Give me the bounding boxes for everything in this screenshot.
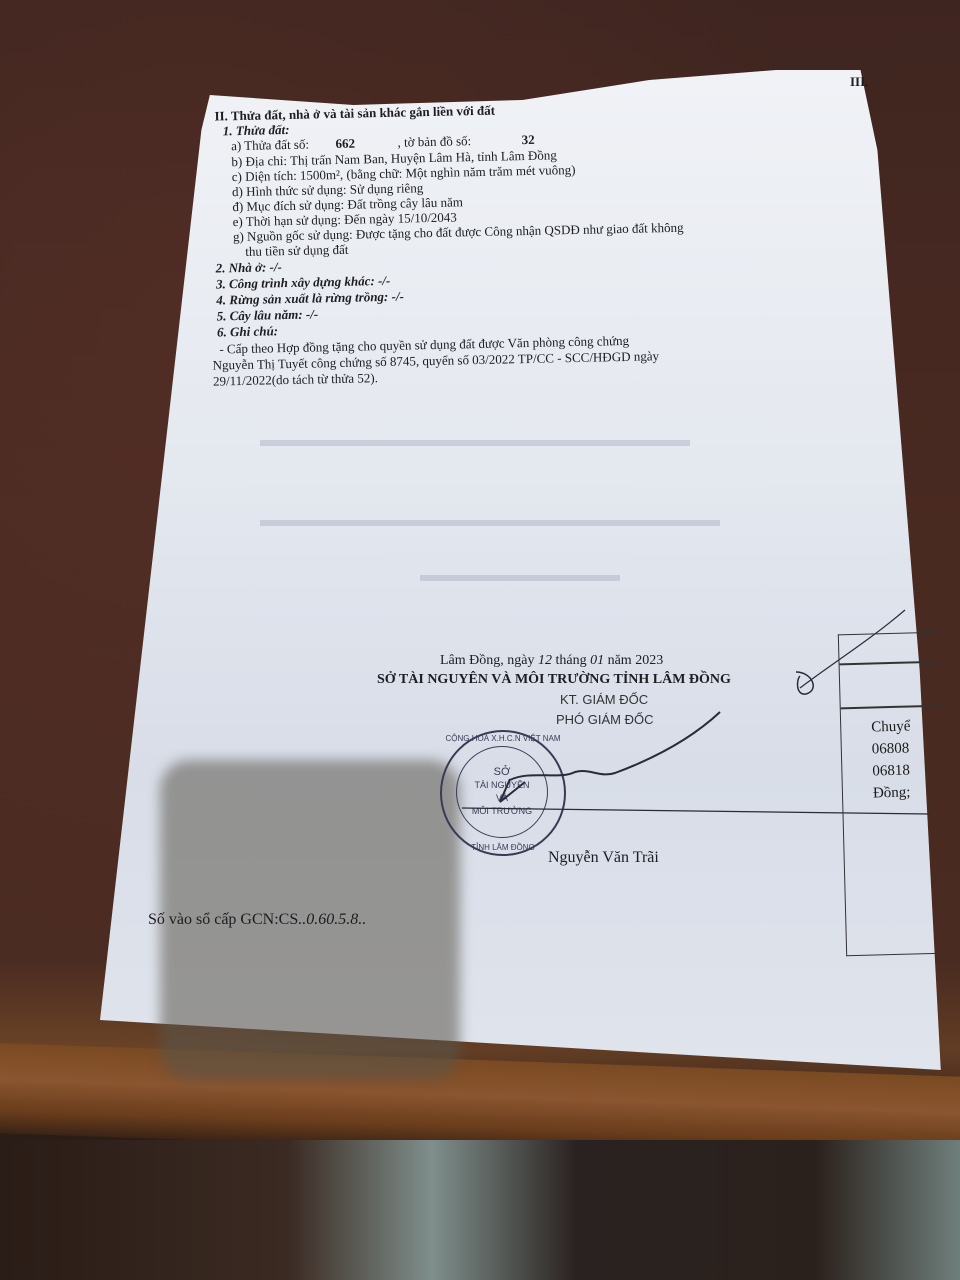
month-value: 01 [590, 653, 604, 668]
seal-line: MÔI TRƯỜNG [472, 805, 532, 818]
page-marker: III. [850, 74, 868, 90]
box-line-text: Chuyể [871, 716, 911, 739]
year-label: năm 2023 [608, 653, 664, 668]
box-line-text: 06808 [872, 738, 912, 761]
day-value: 12 [538, 653, 552, 668]
place-date-prefix: Lâm Đồng, ngày [440, 653, 534, 668]
notes-title: 6. Ghi chú: [217, 323, 278, 340]
origin-row-cont: thu tiền sử dụng đất [245, 242, 348, 260]
seal-ring-bottom: TỈNH LÂM ĐỒNG [442, 843, 564, 852]
role-line-1: KT. GIÁM ĐỐC [560, 692, 648, 708]
seal-line: TÀI NGUYÊN [474, 779, 529, 792]
registry-number: ..0.60.5.8.. [298, 911, 366, 928]
role-line-2: PHÓ GIÁM ĐỐC [556, 712, 654, 728]
seal-center: SỞ TÀI NGUYÊN VÀ MÔI TRƯỜNG [456, 746, 548, 838]
box-line-text: Đồng; [873, 781, 913, 804]
official-seal: CỘNG HOÀ X.H.C.N VIỆT NAM SỞ TÀI NGUYÊN … [440, 730, 566, 856]
box-divider [841, 705, 941, 709]
perennial-row: 5. Cây lâu năm: -/- [217, 306, 319, 324]
parcel-number: 662 [335, 136, 355, 151]
house-row: 2. Nhà ở: -/- [216, 259, 283, 276]
registry-line: Số vào sổ cấp GCN:CS..0.60.5.8.. [148, 912, 366, 928]
map-sheet-number: 32 [522, 132, 535, 147]
signer-name: Nguyễn Văn Trãi [548, 850, 659, 866]
box-text: Chuyể 06808 06818 Đồng; [871, 716, 912, 805]
box-line-text: 06818 [872, 759, 912, 782]
month-label: tháng [555, 653, 586, 668]
seal-ring-top: CỘNG HOÀ X.H.C.N VIỆT NAM [442, 734, 564, 743]
place-date-line: Lâm Đồng, ngày 12 tháng 01 năm 2023 [440, 653, 663, 669]
map-sheet-label: , tờ bản đồ số: [397, 133, 471, 150]
parcel-label: a) Thửa đất số: [231, 137, 309, 154]
issuing-agency: SỞ TÀI NGUYÊN VÀ MÔI TRƯỜNG TỈNH LÂM ĐỒN… [377, 672, 731, 688]
seal-line: SỞ [494, 766, 511, 779]
bleed-through-text [260, 520, 720, 526]
seal-line: VÀ [496, 792, 508, 805]
registry-label: Số vào sổ cấp GCN:CS [148, 911, 298, 928]
bleed-through-text [260, 440, 690, 446]
transfer-record-box: Chuyể 06808 06818 Đồng; [838, 632, 947, 957]
floor-background [0, 1140, 960, 1280]
bleed-through-text [420, 575, 620, 581]
box-divider [840, 661, 940, 665]
